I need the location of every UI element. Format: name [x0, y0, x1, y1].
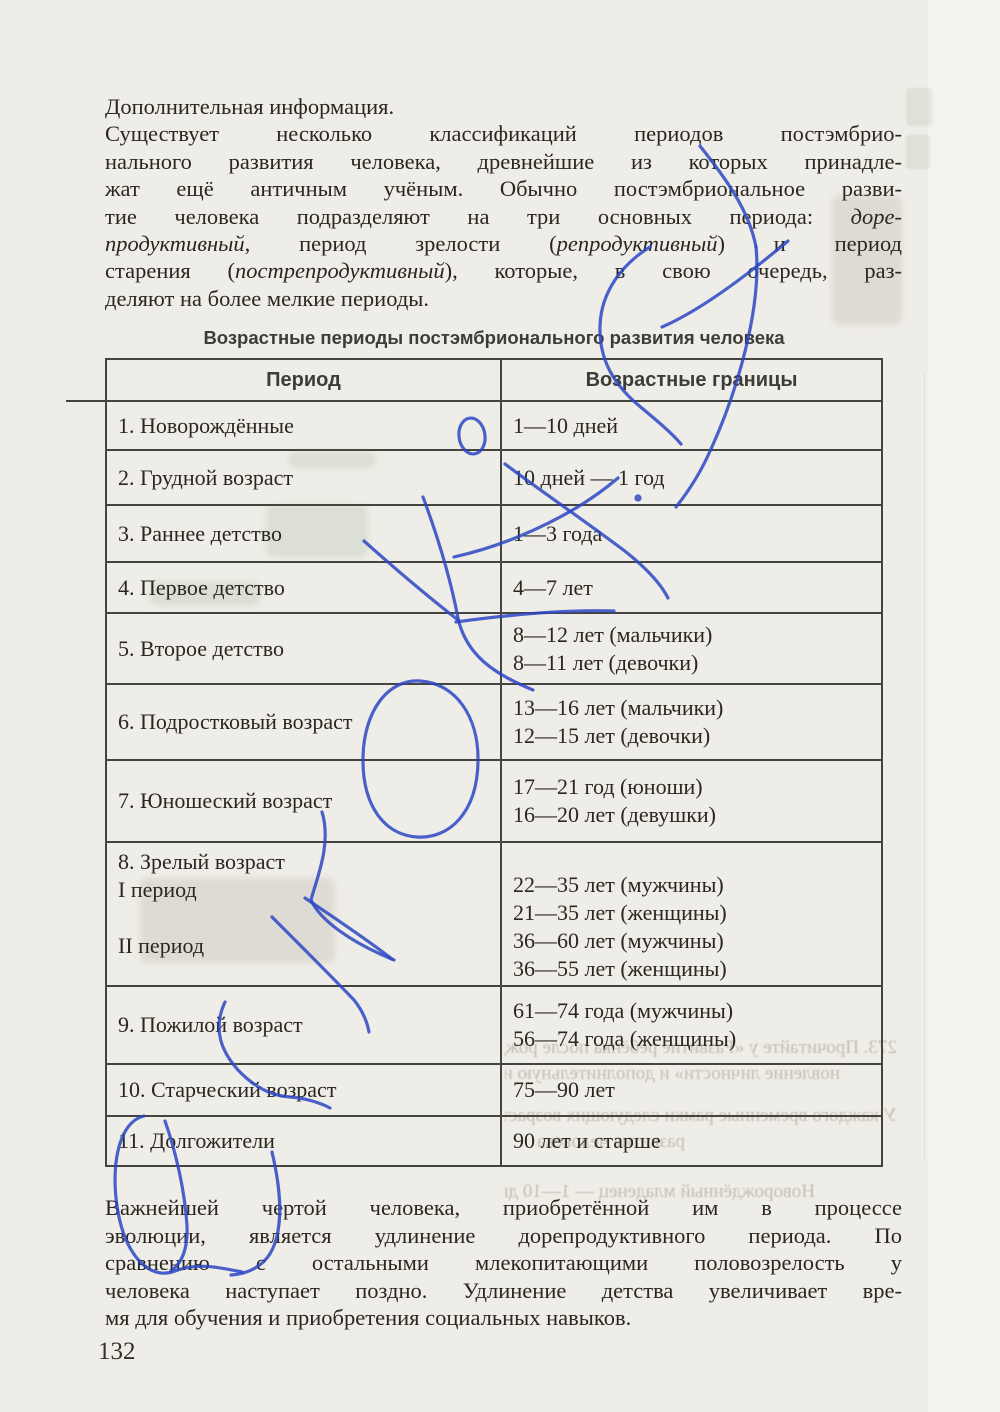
cell-line: 4—7 лет [513, 574, 881, 602]
column-header-period: Период [107, 360, 502, 400]
cell-line: 5. Второе детство [118, 635, 500, 663]
cell-line: 16—20 лет (девушки) [513, 801, 881, 829]
bounds-cell: 75—90 лет [502, 1065, 881, 1115]
table-row: 3. Раннее детство1—3 года [107, 504, 881, 561]
section-heading: Дополнительная информация. [105, 93, 902, 120]
outro-line: эволюции, является удлинение дорепродукт… [105, 1222, 902, 1250]
bounds-cell: 4—7 лет [502, 563, 881, 612]
period-cell: 6. Подростковый возраст [107, 685, 502, 759]
table-row: 2. Грудной возраст10 дней — 1 год [107, 449, 881, 504]
cell-line: 3. Раннее детство [118, 520, 500, 548]
table-row: 4. Первое детство4—7 лет [107, 561, 881, 612]
table-row: 6. Подростковый возраст13—16 лет (мальчи… [107, 683, 881, 759]
outro-line: сравнению с остальными млекопитающими по… [105, 1249, 902, 1277]
cell-line: II период [118, 932, 500, 960]
cell-line: 8. Зрелый возраст [118, 848, 500, 876]
cell-line: 8—11 лет (девочки) [513, 649, 881, 677]
cell-line: I период [118, 876, 500, 904]
cell-line: 1—10 дней [513, 412, 881, 440]
outro-line: Важнейшей чертой человека, приобретённой… [105, 1194, 902, 1222]
age-periods-table: Период Возрастные границы 1. Новорождённ… [105, 358, 883, 1167]
intro-line: тие человека подразделяют на три основны… [105, 203, 902, 230]
period-cell: 10. Старческий возраст [107, 1065, 502, 1115]
intro-line: старения (пострепродуктивный), которые, … [105, 257, 902, 284]
cell-line: 11. Долгожители [118, 1127, 500, 1155]
cell-line: 1. Новорождённые [118, 412, 500, 440]
cell-line: 1—3 года [513, 520, 881, 548]
period-cell: 2. Грудной возраст [107, 451, 502, 504]
page-right-margin [928, 0, 1000, 1412]
cell-line: 7. Юношеский возраст [118, 787, 500, 815]
scanned-textbook-page: 273. Прочитайте у «Развитие ребёнка посл… [0, 0, 1000, 1412]
cell-line: 21—35 лет (женщины) [513, 899, 881, 927]
bounds-cell: 61—74 года (мужчины)56—74 года (женщины) [502, 987, 881, 1063]
cell-line: 56—74 года (женщины) [513, 1025, 881, 1053]
period-cell: 9. Пожилой возраст [107, 987, 502, 1063]
cell-line: 22—35 лет (мужчины) [513, 871, 881, 899]
table-row: 7. Юношеский возраст17—21 год (юноши)16—… [107, 759, 881, 841]
period-cell: 1. Новорождённые [107, 402, 502, 449]
cell-line: 9. Пожилой возраст [118, 1011, 500, 1039]
period-cell: 11. Долгожители [107, 1117, 502, 1165]
period-cell: 3. Раннее детство [107, 506, 502, 561]
table-row: 11. Долгожители90 лет и старше [107, 1115, 881, 1165]
column-header-bounds: Возрастные границы [502, 360, 881, 400]
cell-line: 75—90 лет [513, 1076, 881, 1104]
period-cell: 8. Зрелый возрастI период II период [107, 843, 502, 985]
table-row: 8. Зрелый возрастI период II период22—35… [107, 841, 881, 985]
cell-line: 2. Грудной возраст [118, 464, 500, 492]
table-row: 1. Новорождённые1—10 дней [107, 400, 881, 449]
intro-line: деляют на более мелкие периоды. [105, 285, 902, 312]
table-row: 9. Пожилой возраст61—74 года (мужчины)56… [107, 985, 881, 1063]
bounds-cell: 1—10 дней [502, 402, 881, 449]
intro-line: Существует несколько классификаций перио… [105, 120, 902, 147]
outro-paragraph: Важнейшей чертой человека, приобретённой… [105, 1194, 902, 1332]
cell-line: 8—12 лет (мальчики) [513, 621, 881, 649]
cell-line: 17—21 год (юноши) [513, 773, 881, 801]
cell-line: 61—74 года (мужчины) [513, 997, 881, 1025]
outro-line: мя для обучения и приобретения социальны… [105, 1304, 902, 1332]
table-row: 5. Второе детство8—12 лет (мальчики)8—11… [107, 612, 881, 683]
cell-line: 6. Подростковый возраст [118, 708, 500, 736]
cell-line: 36—55 лет (женщины) [513, 955, 881, 983]
table-row: 10. Старческий возраст75—90 лет [107, 1063, 881, 1115]
intro-lines: Существует несколько классификаций перио… [105, 120, 902, 312]
bounds-cell: 1—3 года [502, 506, 881, 561]
table-title: Возрастные периоды постэмбрионального ра… [105, 327, 883, 349]
period-cell: 7. Юношеский возраст [107, 761, 502, 841]
cell-line: 12—15 лет (девочки) [513, 722, 881, 750]
intro-line: нального развития человека, древнейшие и… [105, 148, 902, 175]
bounds-cell: 10 дней — 1 год [502, 451, 881, 504]
outro-line: человека наступает поздно. Удлинение дет… [105, 1277, 902, 1305]
cell-line: 10 дней — 1 год [513, 464, 881, 492]
intro-line: жат ещё античным учёным. Обычно постэмбр… [105, 175, 902, 202]
margin-tick-line [66, 400, 106, 402]
table-header-row: Период Возрастные границы [107, 360, 881, 400]
bounds-cell: 13—16 лет (мальчики)12—15 лет (девочки) [502, 685, 881, 759]
intro-paragraph: Дополнительная информация. Существует не… [105, 93, 902, 312]
cell-line: 13—16 лет (мальчики) [513, 694, 881, 722]
cell-line [118, 904, 500, 932]
bounds-cell: 22—35 лет (мужчины)21—35 лет (женщины)36… [502, 843, 881, 985]
bleedthrough-table-edge [924, 372, 925, 1162]
bleedthrough-exercise-badge [906, 88, 932, 126]
cell-line: 90 лет и старше [513, 1127, 881, 1155]
intro-line: продуктивный, период зрелости (репродукт… [105, 230, 902, 257]
page-number: 132 [98, 1338, 136, 1366]
cell-line: 4. Первое детство [118, 574, 500, 602]
bounds-cell: 17—21 год (юноши)16—20 лет (девушки) [502, 761, 881, 841]
bleedthrough-exercise-badge [906, 135, 930, 169]
bounds-cell: 90 лет и старше [502, 1117, 881, 1165]
period-cell: 4. Первое детство [107, 563, 502, 612]
period-cell: 5. Второе детство [107, 614, 502, 683]
bounds-cell: 8—12 лет (мальчики)8—11 лет (девочки) [502, 614, 881, 683]
cell-line: 10. Старческий возраст [118, 1076, 500, 1104]
cell-line: 36—60 лет (мужчины) [513, 927, 881, 955]
